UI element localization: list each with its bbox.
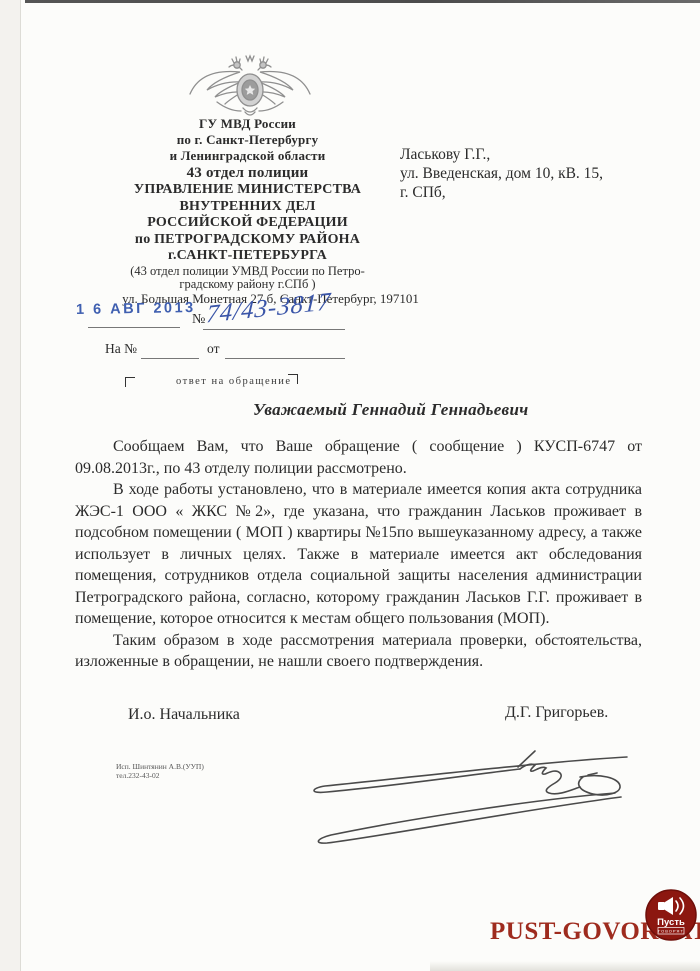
recipient-address-block: Ласькову Г.Г., ул. Введенская, дом 10, к… xyxy=(400,145,603,202)
letterhead-line: по г. Санкт-Петербургу xyxy=(100,132,395,148)
recipient-name: Ласькову Г.Г., xyxy=(400,145,603,164)
salutation: Уважаемый Геннадий Геннадьевич xyxy=(253,400,528,420)
recipient-city: г. СПб, xyxy=(400,183,603,202)
reply-note: ответ на обращение xyxy=(176,376,292,387)
letterhead-line: УПРАВЛЕНИЕ МИНИСТЕРСТВА xyxy=(100,182,395,199)
paragraph-3: Таким образом в ходе рассмотрения матери… xyxy=(75,630,642,673)
letterhead-line: 43 отдел полиции xyxy=(100,164,395,182)
letterhead-line: ВНУТРЕННИХ ДЕЛ xyxy=(100,199,395,216)
handwritten-signature xyxy=(283,736,683,866)
number-sign-label: № xyxy=(192,312,205,328)
reference-date-underline xyxy=(225,357,345,359)
letterhead-line: г.САНКТ-ПЕТЕРБУРГА xyxy=(100,248,395,265)
letterhead-subtitle: (43 отдел полиции УМВД России по Петро- xyxy=(100,265,395,279)
executor-phone: тел.232-43-02 xyxy=(116,771,204,780)
scan-edge-bottom xyxy=(430,961,700,971)
logo-word-pust: Пусть xyxy=(657,917,685,928)
date-underline xyxy=(88,326,180,328)
scanned-letter-page: ГУ МВД России по г. Санкт-Петербургу и Л… xyxy=(0,0,700,971)
letterhead-line: РОССИЙСКОЙ ФЕДЕРАЦИИ xyxy=(100,215,395,232)
letterhead: ГУ МВД России по г. Санкт-Петербургу и Л… xyxy=(100,116,395,292)
number-underline xyxy=(203,328,345,330)
letterhead-line: ГУ МВД России xyxy=(100,116,395,132)
mvd-eagle-emblem-icon xyxy=(185,50,315,120)
executor-note: Исп. Шинтянин А.В.(УУП) тел.232-43-02 xyxy=(116,762,204,780)
paragraph-1: Сообщаем Вам, что Ваше обращение ( сообщ… xyxy=(75,436,642,479)
letterhead-line: и Ленинградской области xyxy=(100,148,395,164)
letter-body: Сообщаем Вам, что Ваше обращение ( сообщ… xyxy=(75,436,642,673)
reference-number-underline xyxy=(141,357,199,359)
pust-govoryat-logo-icon: Пусть ГОВОРЯТ xyxy=(645,889,697,941)
signoff-name: Д.Г. Григорьев. xyxy=(505,704,608,722)
reference-ot-label: от xyxy=(207,341,219,357)
paragraph-2: В ходе работы установлено, что в материа… xyxy=(75,479,642,630)
letterhead-line: по ПЕТРОГРАДСКОМУ РАЙОНА xyxy=(100,232,395,249)
corner-bracket-right xyxy=(288,374,298,384)
executor-name: Исп. Шинтянин А.В.(УУП) xyxy=(116,762,204,771)
corner-bracket-left xyxy=(125,377,135,387)
scan-edge-top xyxy=(25,0,700,3)
date-stamp: 1 6 АВГ 2013 xyxy=(76,300,196,318)
signoff-position: И.о. Начальника xyxy=(128,706,240,724)
logo-word-govoryat: ГОВОРЯТ xyxy=(658,929,684,934)
recipient-street: ул. Введенская, дом 10, кВ. 15, xyxy=(400,164,603,183)
scan-edge-left xyxy=(0,0,21,971)
reference-na-label: На № xyxy=(105,341,137,357)
